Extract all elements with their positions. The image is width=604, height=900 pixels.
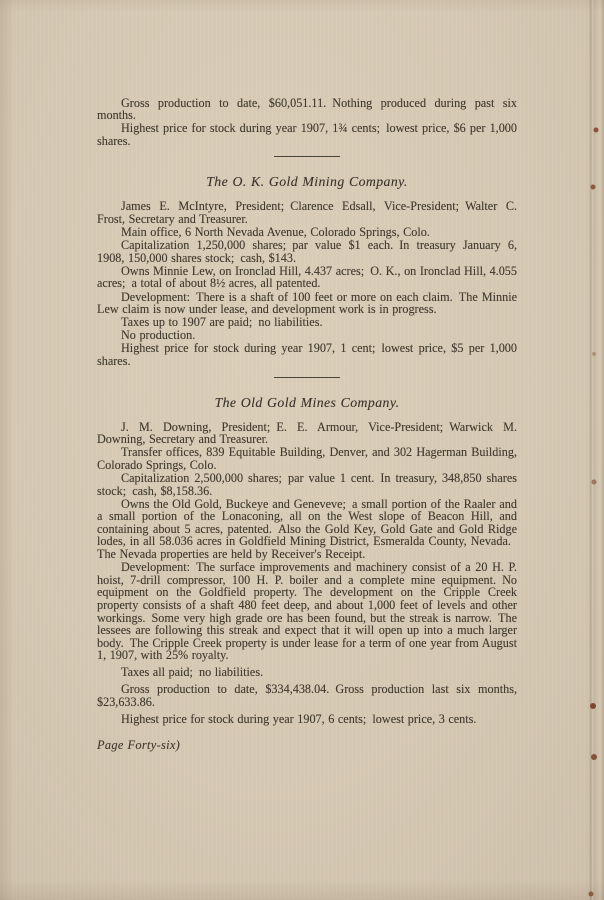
paragraph: James E. McIntyre, President; Clarence E… [97, 200, 517, 225]
paragraph: Development: The surface improvements an… [97, 561, 517, 662]
section-old-gold-mines-company: The Old Gold Mines Company.J. M. Downing… [97, 377, 517, 726]
paragraph: Taxes up to 1907 are paid; no liabilitie… [97, 316, 517, 329]
paragraph: Taxes all paid; no liabilities. [97, 666, 517, 679]
paragraph: Highest price for stock during year 1907… [97, 713, 517, 726]
scanned-book-page: Gross production to date, $60,051.11. No… [0, 0, 604, 900]
page-text-block: Gross production to date, $60,051.11. No… [97, 96, 517, 751]
page-number: Page Forty-six) [97, 739, 517, 752]
paragraph: Owns Minnie Lew, on Ironclad Hill, 4.437… [97, 265, 517, 290]
paragraph: Gross production to date, $334,438.04. G… [97, 683, 517, 708]
paragraph: Main office, 6 North Nevada Avenue, Colo… [97, 226, 517, 239]
paragraph: No production. [97, 329, 517, 342]
paragraph: J. M. Downing, President; E. E. Armour, … [97, 421, 517, 446]
section-divider-rule [274, 156, 340, 157]
paragraph: Capitalization 1,250,000 shares; par val… [97, 239, 517, 264]
binding-hole-dots [0, 0, 4, 4]
paragraph: Transfer offices, 839 Equitable Building… [97, 446, 517, 471]
section-ok-gold-mining-company: The O. K. Gold Mining Company.James E. M… [97, 156, 517, 367]
paragraph: Highest price for stock during year 1907… [97, 342, 517, 367]
paragraph: Gross production to date, $60,051.11. No… [97, 97, 517, 122]
section-heading: The O. K. Gold Mining Company. [97, 174, 517, 190]
company-sections: Gross production to date, $60,051.11. No… [97, 97, 517, 726]
section-heading: The Old Gold Mines Company. [97, 395, 517, 411]
section-divider-rule [274, 377, 340, 378]
paragraph: Development: There is a shaft of 100 fee… [97, 291, 517, 316]
paragraph: Owns the Old Gold, Buckeye and Geneveve;… [97, 498, 517, 561]
paragraph: Highest price for stock during year 1907… [97, 122, 517, 147]
page-edge-crease [589, 0, 593, 900]
section-continued: Gross production to date, $60,051.11. No… [97, 97, 517, 148]
paragraph: Capitalization 2,500,000 shares; par val… [97, 472, 517, 497]
